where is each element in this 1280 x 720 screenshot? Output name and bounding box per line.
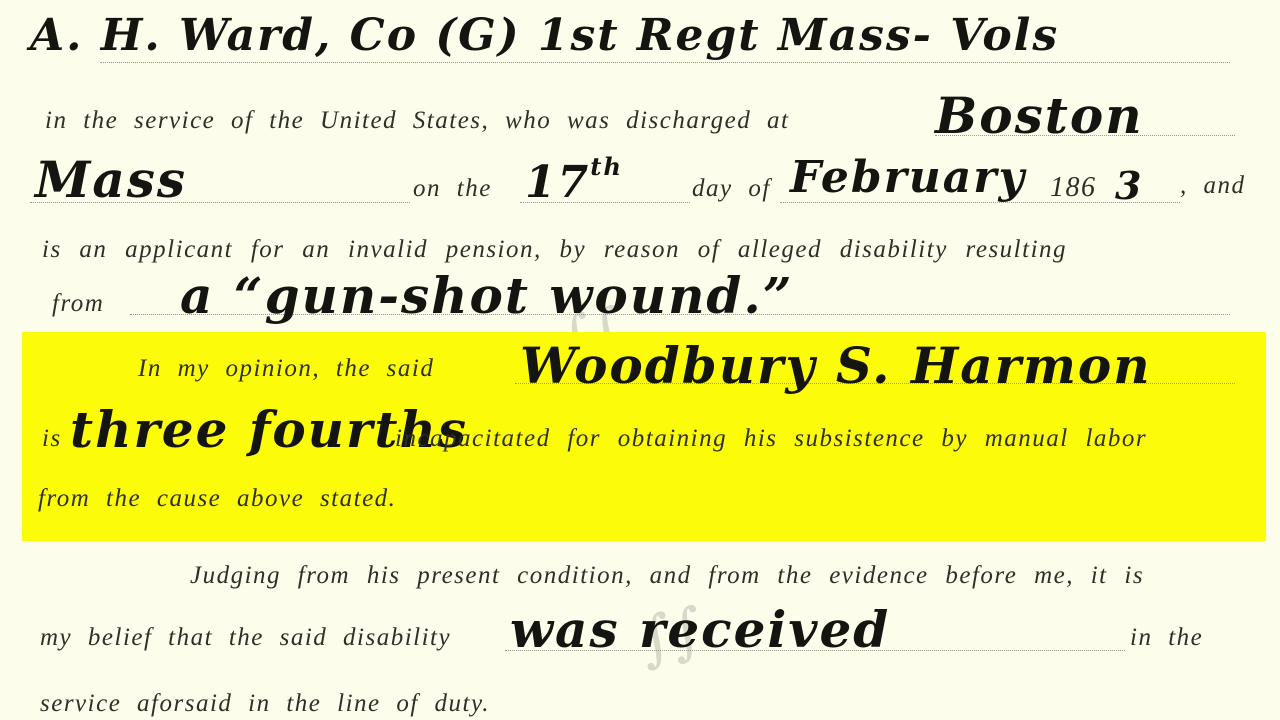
opinion-text: In my opinion, the said xyxy=(138,355,434,382)
handwritten-received: was received xyxy=(510,600,890,659)
handwritten-year-digit: 3 xyxy=(1115,163,1143,208)
judging-text: Judging from his present condition, and … xyxy=(190,562,1144,589)
claimant-name: Woodbury S. Harmon xyxy=(520,336,1152,395)
line-of-duty-text: service aforsaid in the line of duty. xyxy=(40,690,490,717)
day-suffix: th xyxy=(590,152,623,181)
printed-belief: my belief that the said disability xyxy=(40,624,451,652)
printed-line-service: in the service of the United States, who… xyxy=(45,107,789,135)
discharge-day: 17 xyxy=(525,157,590,208)
incapacitated-text: incapacitated for obtaining his subsiste… xyxy=(395,425,1147,452)
handwritten-cause: a “gun-shot wound.” xyxy=(180,266,794,325)
year-digit: 3 xyxy=(1115,163,1143,208)
discharge-city: Boston xyxy=(935,86,1144,145)
in-the-text: in the xyxy=(1130,624,1203,651)
fill-line xyxy=(520,202,690,203)
printed-line-of-duty: service aforsaid in the line of duty. xyxy=(40,690,490,718)
service-text: in the service of the United States, who… xyxy=(45,107,789,134)
handwritten-month: February xyxy=(790,152,1026,203)
printed-and: , and xyxy=(1180,172,1246,200)
and-text: , and xyxy=(1180,172,1246,199)
printed-incapacitated: incapacitated for obtaining his subsiste… xyxy=(395,425,1147,453)
discharge-month: February xyxy=(790,152,1026,203)
received-text: was received xyxy=(510,600,890,659)
printed-in-the: in the xyxy=(1130,624,1203,652)
unit-text: A. H. Ward, Co (G) 1st Regt Mass- Vols xyxy=(30,10,1059,61)
is-text: is xyxy=(42,425,62,452)
disability-cause: a “gun-shot wound.” xyxy=(180,266,794,325)
applicant-text: is an applicant for an invalid pension, … xyxy=(42,236,1067,263)
printed-judging: Judging from his present condition, and … xyxy=(190,562,1144,590)
day-of-text: day of xyxy=(692,175,771,202)
handwritten-state: Mass xyxy=(35,150,187,209)
printed-is: is xyxy=(42,425,62,453)
discharge-state: Mass xyxy=(35,150,187,209)
scanned-pension-document: ∫∫ ∫∫ ∫∫ A. H. Ward, Co (G) 1st Regt Mas… xyxy=(0,0,1280,720)
handwritten-unit: A. H. Ward, Co (G) 1st Regt Mass- Vols xyxy=(30,10,1059,61)
year-prefix: 186 xyxy=(1050,172,1097,203)
handwritten-day: 17th xyxy=(525,152,623,208)
printed-day-of: day of xyxy=(692,175,771,203)
handwritten-discharge-place: Boston xyxy=(935,86,1144,145)
printed-from: from xyxy=(52,290,104,318)
printed-year: 186 xyxy=(1050,172,1097,204)
printed-opinion: In my opinion, the said xyxy=(138,355,434,383)
handwritten-claimant-name: Woodbury S. Harmon xyxy=(520,336,1152,395)
on-the-text: on the xyxy=(413,175,492,202)
belief-text: my belief that the said disability xyxy=(40,624,451,651)
fill-line xyxy=(100,62,1230,63)
cause-stated-text: from the cause above stated. xyxy=(38,485,396,512)
from-text: from xyxy=(52,290,104,317)
printed-line-applicant: is an applicant for an invalid pension, … xyxy=(42,236,1067,264)
printed-on-the: on the xyxy=(413,175,492,203)
printed-cause-stated: from the cause above stated. xyxy=(38,485,396,513)
